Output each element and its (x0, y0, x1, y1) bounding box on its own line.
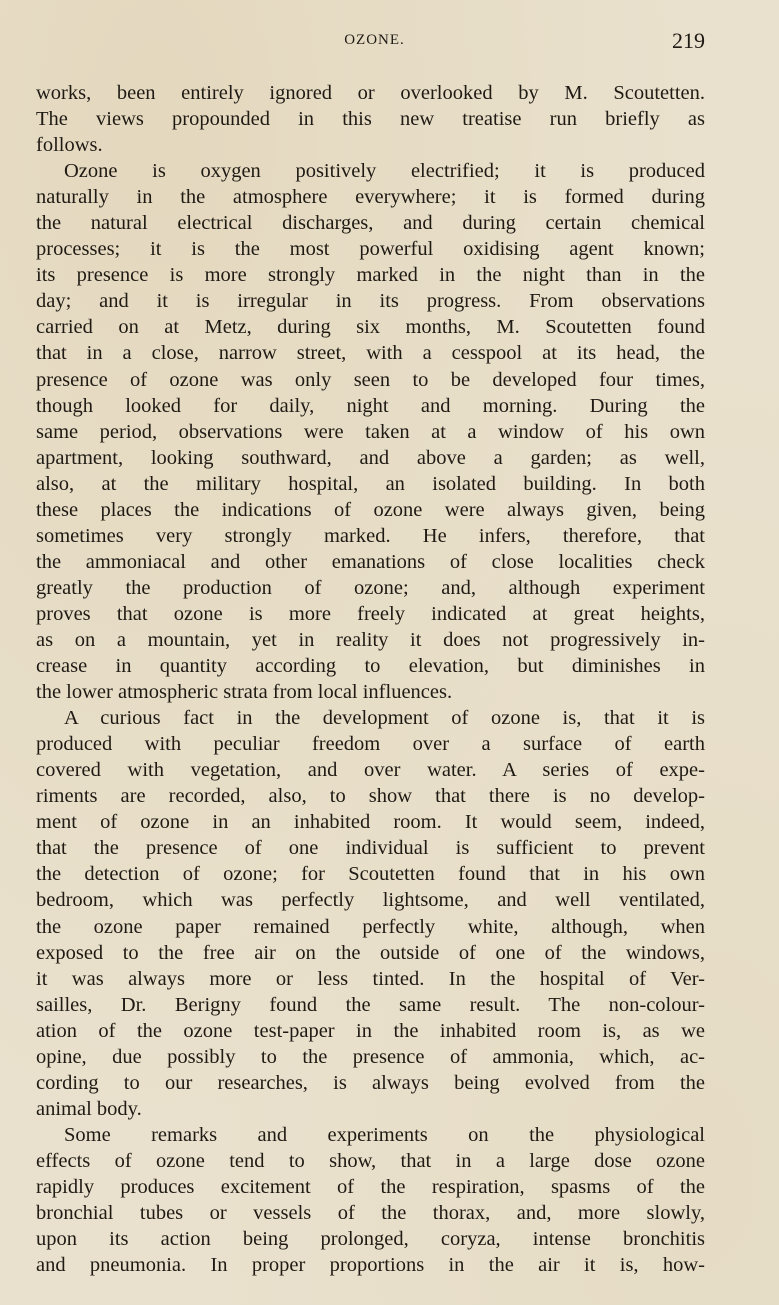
text-line: the lower atmospheric strata from local … (36, 679, 705, 705)
text-line: exposed to the free air on the outside o… (36, 940, 705, 966)
text-line: works, been entirely ignored or overlook… (36, 80, 705, 106)
text-line: ation of the ozone test-paper in the inh… (36, 1018, 705, 1044)
text-line: cording to our researches, is always bei… (36, 1070, 705, 1096)
text-line: follows. (36, 132, 705, 158)
text-line: it was always more or less tinted. In th… (36, 966, 705, 992)
text-line: Ozone is oxygen positively electrified; … (36, 158, 705, 184)
text-line: greatly the production of ozone; and, al… (36, 575, 705, 601)
text-line: these places the indications of ozone we… (36, 497, 705, 523)
text-line: naturally in the atmosphere everywhere; … (36, 184, 705, 210)
text-line: though looked for daily, night and morni… (36, 393, 705, 419)
text-line: upon its action being prolonged, coryza,… (36, 1226, 705, 1252)
text-line: Some remarks and experiments on the phys… (36, 1122, 705, 1148)
text-line: proves that ozone is more freely indicat… (36, 601, 705, 627)
text-line: apartment, looking southward, and above … (36, 445, 705, 471)
text-line: sailles, Dr. Berigny found the same resu… (36, 992, 705, 1018)
text-line: bedroom, which was perfectly lightsome, … (36, 887, 705, 913)
text-line: riments are recorded, also, to show that… (36, 783, 705, 809)
text-line: that in a close, narrow street, with a c… (36, 340, 705, 366)
text-line: crease in quantity according to elevatio… (36, 653, 705, 679)
text-line: produced with peculiar freedom over a su… (36, 731, 705, 757)
text-line: the natural electrical discharges, and d… (36, 210, 705, 236)
text-line: bronchial tubes or vessels of the thorax… (36, 1200, 705, 1226)
text-line: covered with vegetation, and over water.… (36, 757, 705, 783)
text-line: effects of ozone tend to show, that in a… (36, 1148, 705, 1174)
text-line: animal body. (36, 1096, 705, 1122)
text-line: its presence is more strongly marked in … (36, 262, 705, 288)
text-line: the ammoniacal and other emanations of c… (36, 549, 705, 575)
text-line: carried on at Metz, during six months, M… (36, 314, 705, 340)
body-text: works, been entirely ignored or overlook… (36, 80, 705, 1278)
page-number: 219 (672, 28, 705, 54)
text-line: same period, observations were taken at … (36, 419, 705, 445)
text-line: sometimes very strongly marked. He infer… (36, 523, 705, 549)
text-line: A curious fact in the development of ozo… (36, 705, 705, 731)
text-line: the detection of ozone; for Scoutetten f… (36, 861, 705, 887)
text-line: that the presence of one individual is s… (36, 835, 705, 861)
text-line: the ozone paper remained perfectly white… (36, 914, 705, 940)
text-line: as on a mountain, yet in reality it does… (36, 627, 705, 653)
text-line: opine, due possibly to the presence of a… (36, 1044, 705, 1070)
text-line: The views propounded in this new treatis… (36, 106, 705, 132)
text-line: presence of ozone was only seen to be de… (36, 367, 705, 393)
text-line: day; and it is irregular in its progress… (36, 288, 705, 314)
text-line: also, at the military hospital, an isola… (36, 471, 705, 497)
running-head: OZONE. 219 (36, 28, 705, 54)
text-line: rapidly produces excitement of the respi… (36, 1174, 705, 1200)
text-line: and pneumonia. In proper proportions in … (36, 1252, 705, 1278)
book-page: OZONE. 219 works, been entirely ignored … (0, 0, 779, 1305)
running-title: OZONE. (36, 32, 705, 49)
text-line: processes; it is the most powerful oxidi… (36, 236, 705, 262)
text-line: ment of ozone in an inhabited room. It w… (36, 809, 705, 835)
